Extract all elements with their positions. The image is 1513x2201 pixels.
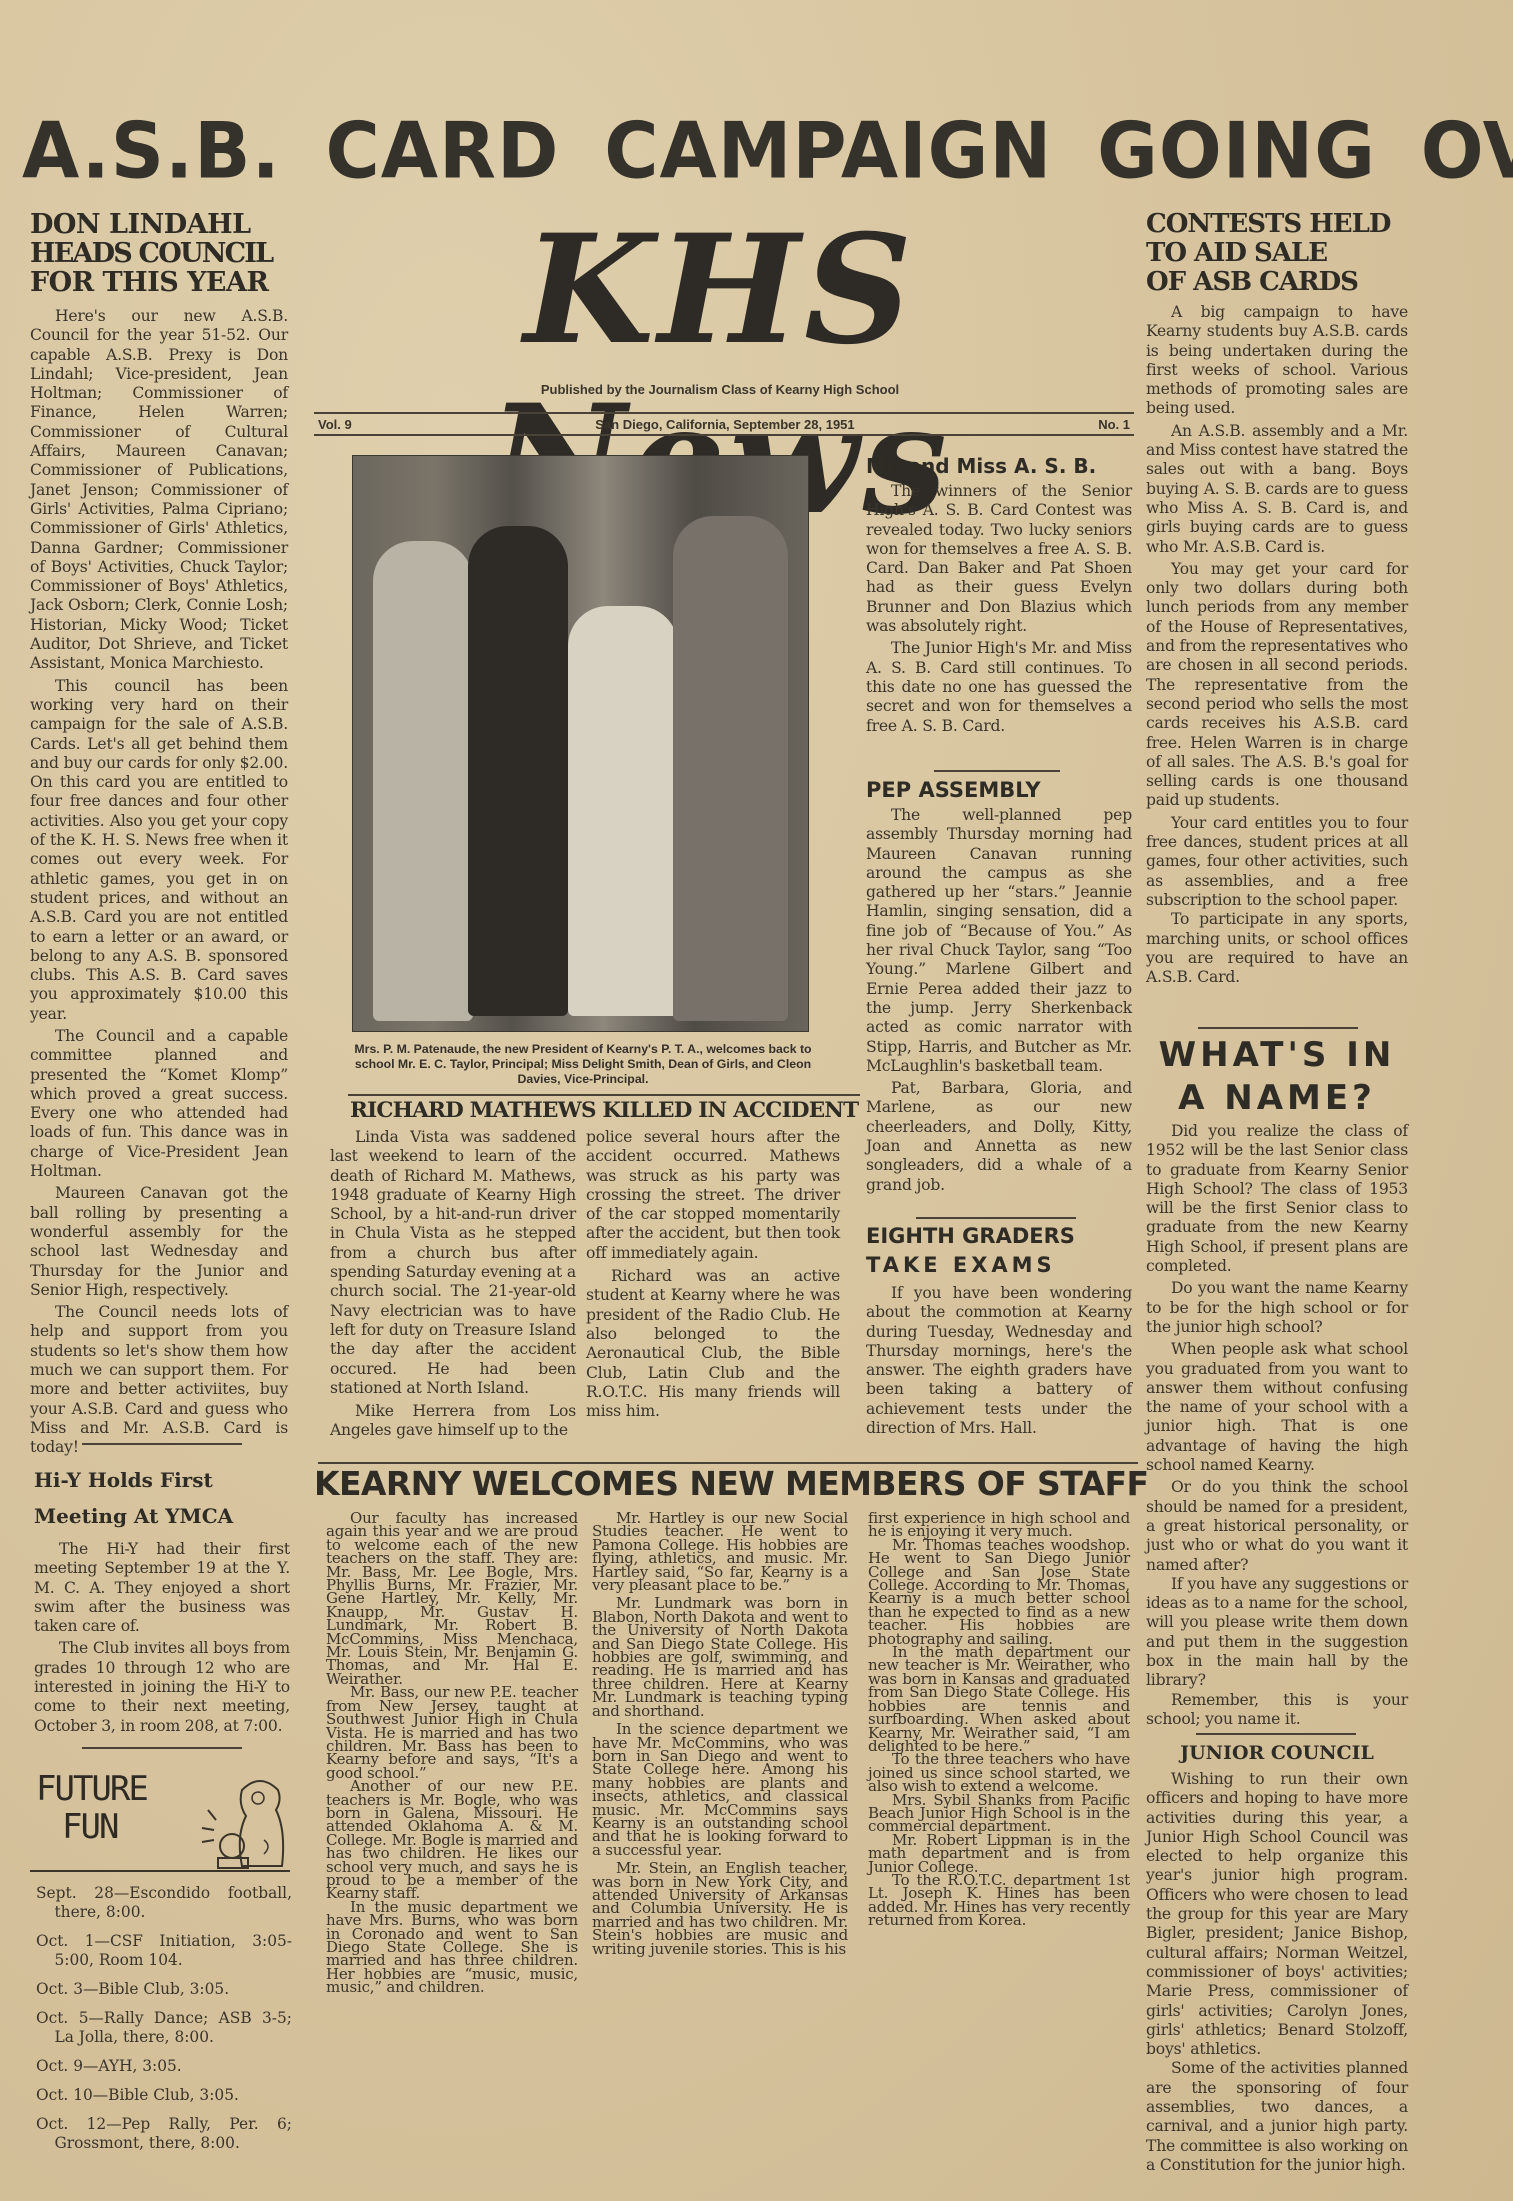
paragraph: In the math department our new teacher i… <box>868 1646 1130 1753</box>
published-by: Published by the Journalism Class of Kea… <box>320 382 1120 397</box>
paragraph: The Hi-Y had their first meeting Septemb… <box>34 1540 290 1636</box>
future-fun-events: Sept. 28—Escondido football, there, 8:00… <box>36 1884 292 2163</box>
paragraph: Mr. Stein, an English teacher, was born … <box>592 1862 848 1956</box>
person-figure <box>568 606 678 1016</box>
volume-label: Vol. 9 <box>318 417 352 432</box>
article-eighth-graders: EIGHTH GRADERS TAKE EXAMS If you have be… <box>866 1222 1132 1438</box>
mathews-col-2: police several hours after the accident … <box>586 1128 840 1421</box>
paragraph: A big campaign to have Kearny students b… <box>1146 303 1408 419</box>
event-item: Oct. 1—CSF Initiation, 3:05-5:00, Room 1… <box>36 1932 292 1970</box>
person-figure <box>673 516 788 1021</box>
future-fun-header: FUTURE FUN <box>30 1770 290 1872</box>
paragraph: If you have any suggestions or ideas as … <box>1146 1575 1408 1691</box>
paragraph: Remember, this is your school; you name … <box>1146 1691 1408 1730</box>
crystal-ball-fortune-teller-icon <box>180 1770 290 1870</box>
paragraph: The winners of the Senior High's A. S. B… <box>866 482 1132 636</box>
paragraph: Mr. Lundmark was born in Blabon, North D… <box>592 1597 848 1718</box>
paragraph: Mike Herrera from Los Angeles gave himse… <box>330 1402 576 1441</box>
paragraph: To the R.O.T.C. department 1st Lt. Josep… <box>868 1874 1130 1928</box>
issue-number: No. 1 <box>1098 417 1130 432</box>
staff-col-1: Our faculty has increased again this yea… <box>326 1512 578 1995</box>
paragraph: Maureen Canavan got the ball rolling by … <box>30 1184 288 1300</box>
paragraph: You may get your card for only two dolla… <box>1146 560 1408 811</box>
date-location: San Diego, California, September 28, 195… <box>595 417 854 432</box>
article-contests: CONTESTS HELD TO AID SALE OF ASB CARDS A… <box>1146 210 1408 987</box>
article-pep-assembly: PEP ASSEMBLY The well-planned pep assemb… <box>866 776 1132 1195</box>
paragraph: An A.S.B. assembly and a Mr. and Miss co… <box>1146 422 1408 557</box>
future-fun-title: FUTURE FUN <box>36 1770 147 1846</box>
headline-hi-y: Hi-Y Holds First Meeting At YMCA <box>34 1462 290 1534</box>
paragraph: If you have been wondering about the com… <box>866 1284 1132 1438</box>
paragraph: Mr. Robert Lippman is in the math depart… <box>868 1834 1130 1874</box>
event-item: Oct. 9—AYH, 3:05. <box>36 2057 292 2076</box>
paragraph: When people ask what school you graduate… <box>1146 1340 1408 1475</box>
headline-pep-assembly: PEP ASSEMBLY <box>866 776 1132 804</box>
paragraph: Or do you think the school should be nam… <box>1146 1478 1408 1574</box>
dateline-bar: Vol. 9 San Diego, California, September … <box>314 412 1134 436</box>
paragraph: Mrs. Sybil Shanks from Pacific Beach Jun… <box>868 1794 1130 1834</box>
person-figure <box>373 541 473 1021</box>
paragraph: first experience in high school and he i… <box>868 1512 1130 1539</box>
divider <box>82 1443 242 1445</box>
paragraph: The Club invites all boys from grades 10… <box>34 1639 290 1735</box>
paragraph: police several hours after the accident … <box>586 1128 840 1263</box>
event-item: Sept. 28—Escondido football, there, 8:00… <box>36 1884 292 1922</box>
paragraph: Mr. Bass, our new P.E. teacher from New … <box>326 1686 578 1780</box>
paragraph: Some of the activities planned are the s… <box>1146 2059 1408 2175</box>
article-junior-council: JUNIOR COUNCIL Wishing to run their own … <box>1146 1738 1408 2175</box>
headline-whats-in-a-name: WHAT'S IN A NAME? <box>1146 1034 1408 1120</box>
headline-contests: CONTESTS HELD TO AID SALE OF ASB CARDS <box>1146 210 1408 297</box>
paragraph: Another of our new P.E. teachers is Mr. … <box>326 1780 578 1901</box>
paragraph: The Junior High's Mr. and Miss A. S. B. … <box>866 639 1132 735</box>
divider <box>82 1747 242 1749</box>
paragraph: The Council needs lots of help and suppo… <box>30 1303 288 1457</box>
paragraph: Wishing to run their own officers and ho… <box>1146 1770 1408 2059</box>
headline-junior-council: JUNIOR COUNCIL <box>1146 1738 1408 1768</box>
paragraph: The Council and a capable committee plan… <box>30 1027 288 1181</box>
staff-col-3: first experience in high school and he i… <box>868 1512 1130 1928</box>
mathews-col-1: Linda Vista was saddened last weekend to… <box>330 1128 576 1441</box>
paragraph: In the science department we have Mr. Mc… <box>592 1723 848 1857</box>
paragraph: Mr. Thomas teaches woodshop. He went to … <box>868 1539 1130 1646</box>
headline-mathews: RICHARD MATHEWS KILLED IN ACCIDENT <box>350 1098 860 1124</box>
divider <box>1196 1733 1356 1735</box>
article-don-lindahl: DON LINDAHL HEADS COUNCIL FOR THIS YEAR … <box>30 210 288 1458</box>
headline-eighth-graders: EIGHTH GRADERS TAKE EXAMS <box>866 1222 1132 1280</box>
banner-headline: A.S.B. CARD CAMPAIGN GOING OVER BIG <box>22 108 1402 194</box>
divider <box>348 1094 860 1096</box>
paragraph: Here's our new A.S.B. Council for the ye… <box>30 307 288 674</box>
paragraph: This council has been working very hard … <box>30 677 288 1024</box>
article-whats-in-a-name: WHAT'S IN A NAME? Did you realize the cl… <box>1146 1034 1408 1729</box>
paragraph: To participate in any sports, marching u… <box>1146 910 1408 987</box>
paragraph: To the three teachers who have joined us… <box>868 1753 1130 1793</box>
headline-don-lindahl: DON LINDAHL HEADS COUNCIL FOR THIS YEAR <box>30 210 288 297</box>
paragraph: Richard was an active student at Kearny … <box>586 1267 840 1421</box>
paragraph: Pat, Barbara, Gloria, and Marlene, as ou… <box>866 1079 1132 1195</box>
paragraph: Linda Vista was saddened last weekend to… <box>330 1128 576 1398</box>
headline-mr-miss-asb: Mr. and Miss A. S. B. <box>866 452 1132 480</box>
event-item: Oct. 10—Bible Club, 3:05. <box>36 2086 292 2105</box>
event-item: Oct. 5—Rally Dance; ASB 3-5; La Jolla, t… <box>36 2009 292 2047</box>
paragraph: Your card entitles you to four free danc… <box>1146 814 1408 910</box>
article-mr-miss-asb: Mr. and Miss A. S. B. The winners of the… <box>866 452 1132 736</box>
paragraph: Mr. Hartley is our new Social Studies te… <box>592 1512 848 1592</box>
staff-photo <box>352 455 809 1032</box>
headline-staff: KEARNY WELCOMES NEW MEMBERS OF STAFF <box>314 1464 1144 1504</box>
paragraph: In the music department we have Mrs. Bur… <box>326 1901 578 1995</box>
paragraph: Do you want the name Kearny to be for th… <box>1146 1279 1408 1337</box>
divider <box>916 1217 1076 1219</box>
event-item: Oct. 12—Pep Rally, Per. 6; Grossmont, th… <box>36 2115 292 2153</box>
photo-caption: Mrs. P. M. Patenaude, the new President … <box>348 1042 818 1087</box>
paragraph: The well-planned pep assembly Thursday m… <box>866 806 1132 1076</box>
event-item: Oct. 3—Bible Club, 3:05. <box>36 1980 292 1999</box>
paragraph: Did you realize the class of 1952 will b… <box>1146 1122 1408 1276</box>
divider <box>1198 1027 1358 1029</box>
person-figure <box>468 526 568 1016</box>
divider <box>934 770 1060 772</box>
article-hi-y: Hi-Y Holds First Meeting At YMCA The Hi-… <box>34 1462 290 1736</box>
masthead-logo: KHS News <box>320 205 1120 375</box>
paragraph: Our faculty has increased again this yea… <box>326 1512 578 1686</box>
staff-col-2: Mr. Hartley is our new Social Studies te… <box>592 1512 848 1956</box>
